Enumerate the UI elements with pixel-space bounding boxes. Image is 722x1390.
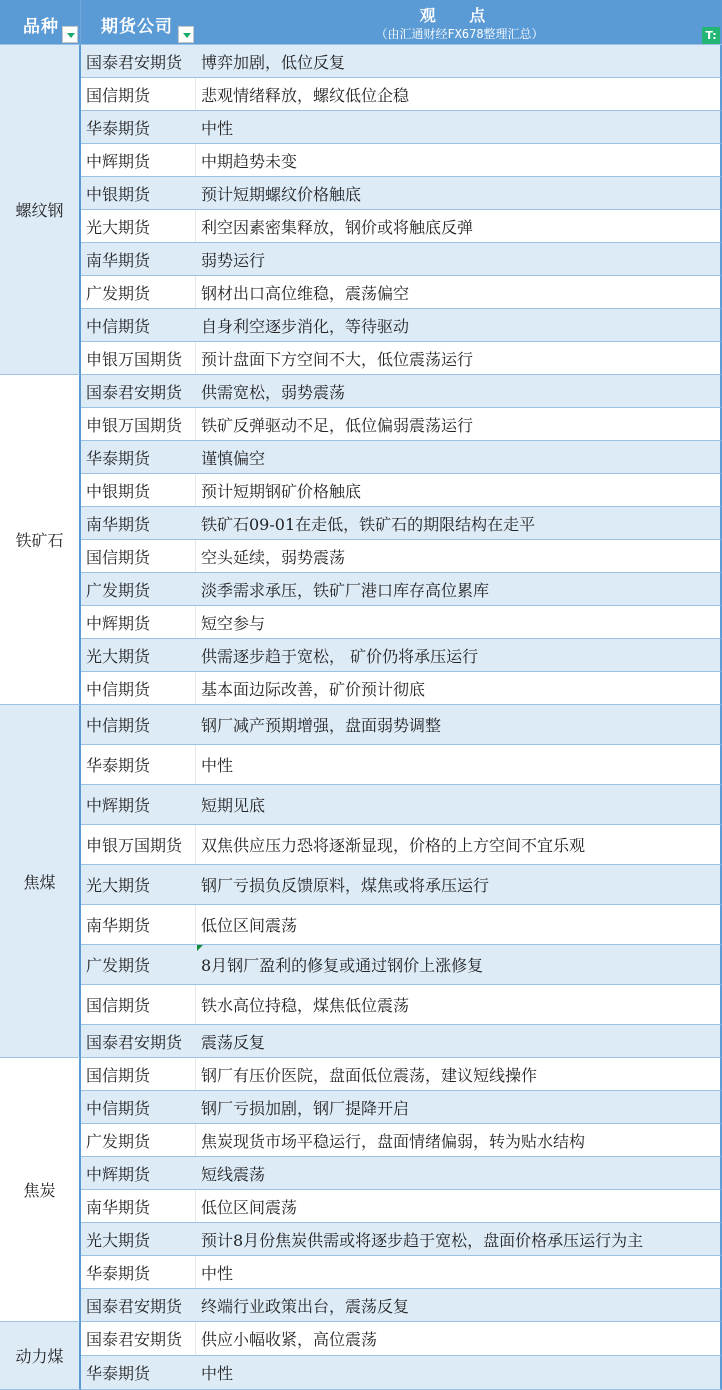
table-row: 中银期货预计短期钢矿价格触底 [81, 474, 722, 507]
table-row: 中银期货预计短期螺纹价格触底 [81, 177, 722, 210]
company-cell: 国信期货 [81, 540, 196, 572]
view-cell: 钢厂有压价医院，盘面低位震荡，建议短线操作 [197, 1058, 720, 1090]
company-cell: 中辉期货 [81, 144, 196, 176]
view-cell: 短空参与 [197, 606, 720, 638]
table-row: 光大期货钢厂亏损负反馈原料，煤焦或将承压运行 [81, 865, 722, 905]
group-iron-ore: 铁矿石 国泰君安期货供需宽松，弱势震荡 申银万国期货铁矿反弹驱动不足，低位偏弱震… [0, 375, 722, 705]
table-row: 国泰君安期货博弈加剧，低位反复 [81, 45, 722, 78]
table-row: 国信期货悲观情绪释放，螺纹低位企稳 [81, 78, 722, 111]
group-thermal-coal: 动力煤 国泰君安期货供应小幅收紧，高位震荡 华泰期货中性 [0, 1322, 722, 1390]
table-row: 国泰君安期货终端行业政策出台，震荡反复 [81, 1289, 722, 1322]
table-row: 广发期货淡季需求承压，铁矿厂港口库存高位累库 [81, 573, 722, 606]
view-cell: 博弈加剧，低位反复 [197, 45, 720, 77]
company-cell: 国信期货 [81, 78, 196, 110]
view-cell: 焦炭现货市场平稳运行，盘面情绪偏弱，转为贴水结构 [197, 1124, 720, 1156]
table-header: 品种 期货公司 观 点 （由汇通财经FX678整理汇总） T: [0, 0, 722, 45]
view-cell: 预计8月份焦炭供需或将逐步趋于宽松，盘面价格承压运行为主 [197, 1223, 720, 1255]
table-row: 光大期货预计8月份焦炭供需或将逐步趋于宽松，盘面价格承压运行为主 [81, 1223, 722, 1256]
table-row: 中辉期货短期见底 [81, 785, 722, 825]
company-cell: 南华期货 [81, 905, 196, 944]
table-row: 中辉期货短空参与 [81, 606, 722, 639]
spreadsheet: 品种 期货公司 观 点 （由汇通财经FX678整理汇总） T: 螺纹钢 国泰君安… [0, 0, 722, 1390]
view-cell: 供应小幅收紧，高位震荡 [197, 1322, 720, 1355]
company-cell: 光大期货 [81, 210, 196, 242]
table-row: 中信期货自身利空逐步消化，等待驱动 [81, 309, 722, 342]
table-row: 国信期货空头延续，弱势震荡 [81, 540, 722, 573]
view-cell: 预计短期螺纹价格触底 [197, 177, 720, 209]
group-coking-coal: 焦煤 中信期货钢厂减产预期增强，盘面弱势调整 华泰期货中性 中辉期货短期见底 申… [0, 705, 722, 1058]
view-cell: 短线震荡 [197, 1157, 720, 1189]
group-coke: 焦炭 国信期货钢厂有压价医院，盘面低位震荡，建议短线操作 中信期货钢厂亏损加剧，… [0, 1058, 722, 1322]
company-cell: 中辉期货 [81, 1157, 196, 1189]
header-view-subtitle: （由汇通财经FX678整理汇总） [197, 25, 722, 42]
company-cell: 广发期货 [81, 945, 196, 984]
table-row: 南华期货铁矿石09-01在走低，铁矿石的期限结构在走平 [81, 507, 722, 540]
view-cell: 钢厂亏损负反馈原料，煤焦或将承压运行 [197, 865, 720, 904]
table-row: 国泰君安期货震荡反复 [81, 1025, 722, 1058]
company-cell: 国信期货 [81, 1058, 196, 1090]
view-cell: 铁水高位持稳，煤焦低位震荡 [197, 985, 720, 1024]
company-cell: 光大期货 [81, 1223, 196, 1255]
company-cell: 广发期货 [81, 573, 196, 605]
view-cell: 供需逐步趋于宽松， 矿价仍将承压运行 [197, 639, 720, 671]
company-cell: 国泰君安期货 [81, 45, 196, 77]
table-row: 华泰期货谨慎偏空 [81, 441, 722, 474]
category-cell: 动力煤 [0, 1322, 81, 1390]
view-cell: 8月钢厂盈利的修复或通过钢价上涨修复 [197, 945, 720, 984]
company-cell: 中信期货 [81, 1091, 196, 1123]
view-cell: 供需宽松，弱势震荡 [197, 375, 720, 407]
view-cell: 低位区间震荡 [197, 1190, 720, 1222]
table-row: 申银万国期货预计盘面下方空间不大，低位震荡运行 [81, 342, 722, 375]
company-cell: 国信期货 [81, 985, 196, 1024]
category-cell: 螺纹钢 [0, 45, 81, 375]
view-cell: 钢厂亏损加剧，钢厂提降开启 [197, 1091, 720, 1123]
view-cell: 空头延续，弱势震荡 [197, 540, 720, 572]
cell-comment-marker-icon [197, 945, 203, 951]
table-row: 光大期货供需逐步趋于宽松， 矿价仍将承压运行 [81, 639, 722, 672]
company-cell: 南华期货 [81, 507, 196, 539]
company-cell: 申银万国期货 [81, 825, 196, 864]
table-row: 国泰君安期货供应小幅收紧，高位震荡 [81, 1322, 722, 1356]
view-cell: 中性 [197, 745, 720, 784]
table-row: 广发期货焦炭现货市场平稳运行，盘面情绪偏弱，转为贴水结构 [81, 1124, 722, 1157]
company-cell: 南华期货 [81, 243, 196, 275]
table-row: 南华期货低位区间震荡 [81, 905, 722, 945]
company-cell: 国泰君安期货 [81, 375, 196, 407]
company-cell: 南华期货 [81, 1190, 196, 1222]
table-row: 国信期货钢厂有压价医院，盘面低位震荡，建议短线操作 [81, 1058, 722, 1091]
header-company-label: 期货公司 [101, 12, 173, 37]
view-cell: 钢材出口高位维稳，震荡偏空 [197, 276, 720, 308]
active-filter-icon[interactable]: T: [702, 27, 720, 44]
table-row: 中信期货钢厂减产预期增强，盘面弱势调整 [81, 705, 722, 745]
table-row: 华泰期货中性 [81, 111, 722, 144]
company-cell: 华泰期货 [81, 1356, 196, 1389]
company-cell: 光大期货 [81, 639, 196, 671]
table-row: 广发期货8月钢厂盈利的修复或通过钢价上涨修复 [81, 945, 722, 985]
view-cell: 中期趋势未变 [197, 144, 720, 176]
company-cell: 华泰期货 [81, 745, 196, 784]
table-row: 中信期货钢厂亏损加剧，钢厂提降开启 [81, 1091, 722, 1124]
table-row: 华泰期货中性 [81, 1256, 722, 1289]
company-cell: 广发期货 [81, 276, 196, 308]
view-cell: 低位区间震荡 [197, 905, 720, 944]
company-cell: 中信期货 [81, 309, 196, 341]
company-cell: 申银万国期货 [81, 408, 196, 440]
company-cell: 申银万国期货 [81, 342, 196, 374]
view-cell: 谨慎偏空 [197, 441, 720, 473]
company-cell: 中辉期货 [81, 606, 196, 638]
view-cell: 钢厂减产预期增强，盘面弱势调整 [197, 705, 720, 744]
view-cell: 基本面边际改善，矿价预计彻底 [197, 672, 720, 704]
view-cell: 铁矿石09-01在走低，铁矿石的期限结构在走平 [197, 507, 720, 539]
table-row: 国信期货铁水高位持稳，煤焦低位震荡 [81, 985, 722, 1025]
view-cell: 预计盘面下方空间不大，低位震荡运行 [197, 342, 720, 374]
company-cell: 国泰君安期货 [81, 1025, 196, 1057]
view-cell: 预计短期钢矿价格触底 [197, 474, 720, 506]
company-cell: 中银期货 [81, 177, 196, 209]
view-cell: 终端行业政策出台，震荡反复 [197, 1289, 720, 1321]
header-category-label: 品种 [23, 12, 59, 37]
view-cell: 震荡反复 [197, 1025, 720, 1057]
company-cell: 中信期货 [81, 672, 196, 704]
view-cell: 自身利空逐步消化，等待驱动 [197, 309, 720, 341]
table-row: 光大期货利空因素密集释放，钢价或将触底反弹 [81, 210, 722, 243]
table-row: 中信期货基本面边际改善，矿价预计彻底 [81, 672, 722, 705]
group-rebar: 螺纹钢 国泰君安期货博弈加剧，低位反复 国信期货悲观情绪释放，螺纹低位企稳 华泰… [0, 45, 722, 375]
table-row: 华泰期货中性 [81, 745, 722, 785]
company-cell: 华泰期货 [81, 1256, 196, 1288]
view-cell: 双焦供应压力恐将逐渐显现，价格的上方空间不宜乐观 [197, 825, 720, 864]
table-row: 申银万国期货铁矿反弹驱动不足，低位偏弱震荡运行 [81, 408, 722, 441]
view-cell: 弱势运行 [197, 243, 720, 275]
table-row: 华泰期货中性 [81, 1356, 722, 1390]
company-cell: 广发期货 [81, 1124, 196, 1156]
table-row: 中辉期货中期趋势未变 [81, 144, 722, 177]
company-cell: 华泰期货 [81, 111, 196, 143]
company-cell: 国泰君安期货 [81, 1289, 196, 1321]
company-cell: 中辉期货 [81, 785, 196, 824]
view-cell: 中性 [197, 111, 720, 143]
table-row: 国泰君安期货供需宽松，弱势震荡 [81, 375, 722, 408]
view-cell: 淡季需求承压，铁矿厂港口库存高位累库 [197, 573, 720, 605]
table-row: 中辉期货短线震荡 [81, 1157, 722, 1190]
table-row: 南华期货弱势运行 [81, 243, 722, 276]
table-row: 申银万国期货双焦供应压力恐将逐渐显现，价格的上方空间不宜乐观 [81, 825, 722, 865]
company-cell: 中银期货 [81, 474, 196, 506]
header-view-title: 观 点 [197, 3, 722, 26]
category-cell: 焦炭 [0, 1058, 81, 1322]
table-row: 南华期货低位区间震荡 [81, 1190, 722, 1223]
view-cell: 铁矿反弹驱动不足，低位偏弱震荡运行 [197, 408, 720, 440]
company-cell: 华泰期货 [81, 441, 196, 473]
view-cell: 中性 [197, 1256, 720, 1288]
header-view: 观 点 （由汇通财经FX678整理汇总） [197, 0, 722, 45]
company-filter-dropdown-icon[interactable] [178, 26, 194, 43]
table-row: 广发期货钢材出口高位维稳，震荡偏空 [81, 276, 722, 309]
company-cell: 国泰君安期货 [81, 1322, 196, 1355]
category-filter-dropdown-icon[interactable] [62, 26, 78, 43]
category-cell: 铁矿石 [0, 375, 81, 705]
view-cell: 中性 [197, 1356, 720, 1389]
company-cell: 中信期货 [81, 705, 196, 744]
view-cell: 悲观情绪释放，螺纹低位企稳 [197, 78, 720, 110]
company-cell: 光大期货 [81, 865, 196, 904]
view-cell: 短期见底 [197, 785, 720, 824]
category-cell: 焦煤 [0, 705, 81, 1058]
view-cell: 利空因素密集释放，钢价或将触底反弹 [197, 210, 720, 242]
